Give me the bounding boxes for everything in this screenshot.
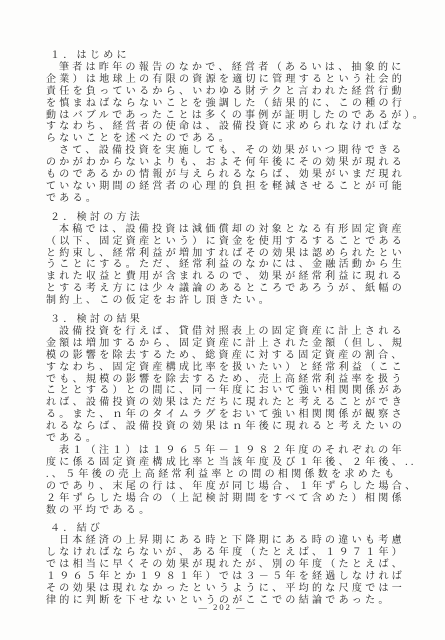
text-line: ていない期間の経営者の心理的負担を軽減させることが可能 <box>46 181 410 193</box>
text-line: 日本経済の上昇期にある時と下降期にある時の違いも考慮 <box>46 535 410 547</box>
text-line: ２年ずらした場合の（上記検討期間をすべて含めた）相関係 <box>46 493 410 505</box>
text-line: すなわち、経営者の使命は、設備投資に求められなければな <box>46 121 410 133</box>
text-line: でも、規模の影響を除去するため、売上高経常利益率を扱う <box>46 374 410 386</box>
text-line: とする考え方には少々議論のあるところであろうが、紙幅の <box>46 283 410 295</box>
text-line: 模の影響を除去するため、総資産に対する固定資産の割合、 <box>46 350 410 362</box>
text-line: 設備投資を行えば、貸借対照表上の固定資産に計上される <box>46 326 410 338</box>
text-line: を慎まねばならないことを強調した（結果的に、この種の行 <box>46 98 410 110</box>
text-line: 動はバブルであったことは多くの事例が証明したのであるが）。 <box>46 110 410 122</box>
text-line: うことにする。ただ、経常利益のなかには、金融活動から生 <box>46 259 410 271</box>
text-line: ものであるかの情報が与えられるならば、効果がいまだ現れ <box>46 169 410 181</box>
text-line: すなわち、固定資産構成比率を扱いたい）と経常利益（ここ <box>46 362 410 374</box>
section-1-heading: １．はじめに <box>46 50 410 62</box>
section-introduction: １．はじめに 筆者は昨年の報告のなかで、経営者（あるいは、抽象的に 企業）は地球… <box>46 50 410 205</box>
text-line: である。 <box>46 433 410 445</box>
text-line: のかがわからないよりも、およそ何年後にその効果が現れる <box>46 157 410 169</box>
section-4-heading: ４．結び <box>46 523 410 535</box>
text-line: では相当に早くその効果が現れたが、別の年度（たとえば、 <box>46 559 410 571</box>
text-line: しなければならないが、ある年度（たとえば、１９７１年） <box>46 547 410 559</box>
text-line: こととする）との間に、同一年度において強い相関関係があ <box>46 385 410 397</box>
text-line: さて、設備投資を実施しても、その効果がいつ期待できる <box>46 145 410 157</box>
section-conclusion: ４．結び 日本経済の上昇期にある時と下降期にある時の違いも考慮 しなければならな… <box>46 523 410 606</box>
text-line: る。また、ｎ年のタイムラグをおいて強い相関関係が観察さ <box>46 409 410 421</box>
text-line: 表１（注１）は１９６５年－１９８２年度のそれぞれの年 <box>46 445 410 457</box>
text-line: 制約上、この仮定をお許し頂きたい。 <box>46 295 410 307</box>
text-line: 責任を負っているから、いわゆる財テクと言われた経営行動 <box>46 86 410 98</box>
text-line: 企業）は地球上の有限の資源を適切に管理するという社会的 <box>46 74 410 86</box>
scanned-document-page: １．はじめに 筆者は昨年の報告のなかで、経営者（あるいは、抽象的に 企業）は地球… <box>0 0 445 640</box>
section-method: ２．検討の方法 本稿では、設備投資は減価償却の対象となる有形固定資産 （以下、固… <box>46 212 410 307</box>
text-line: のであり、末尾の行は、年度が同じ場合、１年ずらした場合、 <box>46 481 410 493</box>
text-line: らないことを述べたのである。 <box>46 133 410 145</box>
text-line: 度に係る固定資産構成比率と当該年度及び１年後、２年後、.. <box>46 457 410 469</box>
section-results: ３．検討の結果 設備投資を行えば、貸借対照表上の固定資産に計上される 金額は増加… <box>46 314 410 516</box>
page-number: — 202 — <box>0 602 445 612</box>
text-line: まれた収益と費用が含まれるので、効果が経常利益に現れる <box>46 271 410 283</box>
document-body: １．はじめに 筆者は昨年の報告のなかで、経営者（あるいは、抽象的に 企業）は地球… <box>46 50 410 607</box>
text-line: その効果は現れなかったというように、平均的な尺度では一 <box>46 583 410 595</box>
section-2-heading: ２．検討の方法 <box>46 212 410 224</box>
text-line: と約束し、経常利益が増加すればその効果は認められたとい <box>46 248 410 260</box>
text-line: 金額は増加するから、固定資産に計上された金額（但し、規 <box>46 338 410 350</box>
text-line: である。 <box>46 193 410 205</box>
text-line: 本稿では、設備投資は減価償却の対象となる有形固定資産 <box>46 224 410 236</box>
text-line: .、５年後の売上高経常利益率との間の相関係数を求めたも <box>46 469 410 481</box>
text-line: 筆者は昨年の報告のなかで、経営者（あるいは、抽象的に <box>46 62 410 74</box>
text-line: １９６５年とか１９８１年）では３－５年を経過しなければ <box>46 571 410 583</box>
text-line: れば、設備投資の効果はただちに現れたと考えることができ <box>46 397 410 409</box>
section-3-heading: ３．検討の結果 <box>46 314 410 326</box>
text-line: れるならば、設備投資の効果はｎ年後に現れると考えたいの <box>46 421 410 433</box>
text-line: 数の平均である。 <box>46 505 410 517</box>
text-line: （以下、固定資産という）に資金を使用するすることである <box>46 236 410 248</box>
